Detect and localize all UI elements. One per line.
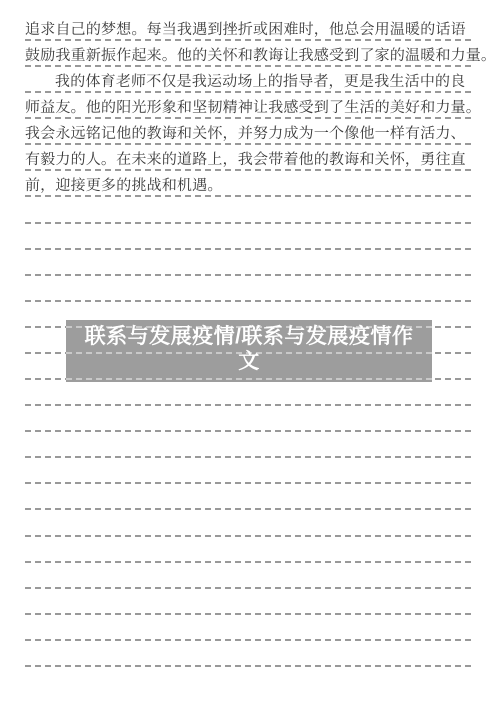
ruled-line bbox=[25, 248, 473, 250]
notebook-page: 追求自己的梦想。每当我遇到挫折或困难时，他总会用温暖的话语鼓励我重新振作起来。他… bbox=[0, 0, 500, 706]
ruled-line bbox=[25, 117, 473, 119]
ruled-line bbox=[25, 639, 473, 641]
ruled-line bbox=[25, 300, 473, 302]
ruled-line bbox=[25, 613, 473, 615]
ruled-line bbox=[25, 587, 473, 589]
ruled-line-through-banner bbox=[66, 378, 432, 380]
ruled-line bbox=[25, 222, 473, 224]
ruled-line bbox=[25, 143, 473, 145]
ruled-line bbox=[25, 195, 473, 197]
ruled-line bbox=[25, 274, 473, 276]
ruled-line bbox=[25, 91, 473, 93]
ruled-line bbox=[25, 169, 473, 171]
ruled-line bbox=[25, 456, 473, 458]
ruled-line bbox=[25, 39, 473, 41]
ruled-line bbox=[25, 535, 473, 537]
ruled-line bbox=[25, 482, 473, 484]
essay-line-7: 前，迎接更多的挑战和机遇。 bbox=[25, 175, 473, 195]
ruled-line bbox=[25, 665, 473, 667]
essay-line-6: 有毅力的人。在未来的道路上，我会带着他的教诲和关怀，勇往直 bbox=[25, 149, 473, 169]
essay-line-3: 我的体育老师不仅是我运动场上的指导者，更是我生活中的良 bbox=[55, 71, 500, 91]
ruled-line bbox=[25, 65, 473, 67]
essay-line-5: 我会永远铭记他的教诲和关怀，并努力成为一个像他一样有活力、 bbox=[25, 123, 473, 143]
ruled-line bbox=[25, 508, 473, 510]
essay-line-2: 鼓励我重新振作起来。他的关怀和教诲让我感受到了家的温暖和力量。 bbox=[25, 45, 473, 65]
essay-line-4: 师益友。他的阳光形象和坚韧精神让我感受到了生活的美好和力量。 bbox=[25, 97, 473, 117]
ruled-line bbox=[25, 430, 473, 432]
page-title: 联系与发展疫情/联系与发展疫情作文 bbox=[66, 324, 432, 374]
essay-line-1: 追求自己的梦想。每当我遇到挫折或困难时，他总会用温暖的话语 bbox=[25, 19, 473, 39]
title-overlay: 联系与发展疫情/联系与发展疫情作文 bbox=[66, 320, 432, 382]
ruled-line bbox=[25, 561, 473, 563]
ruled-line bbox=[25, 404, 473, 406]
